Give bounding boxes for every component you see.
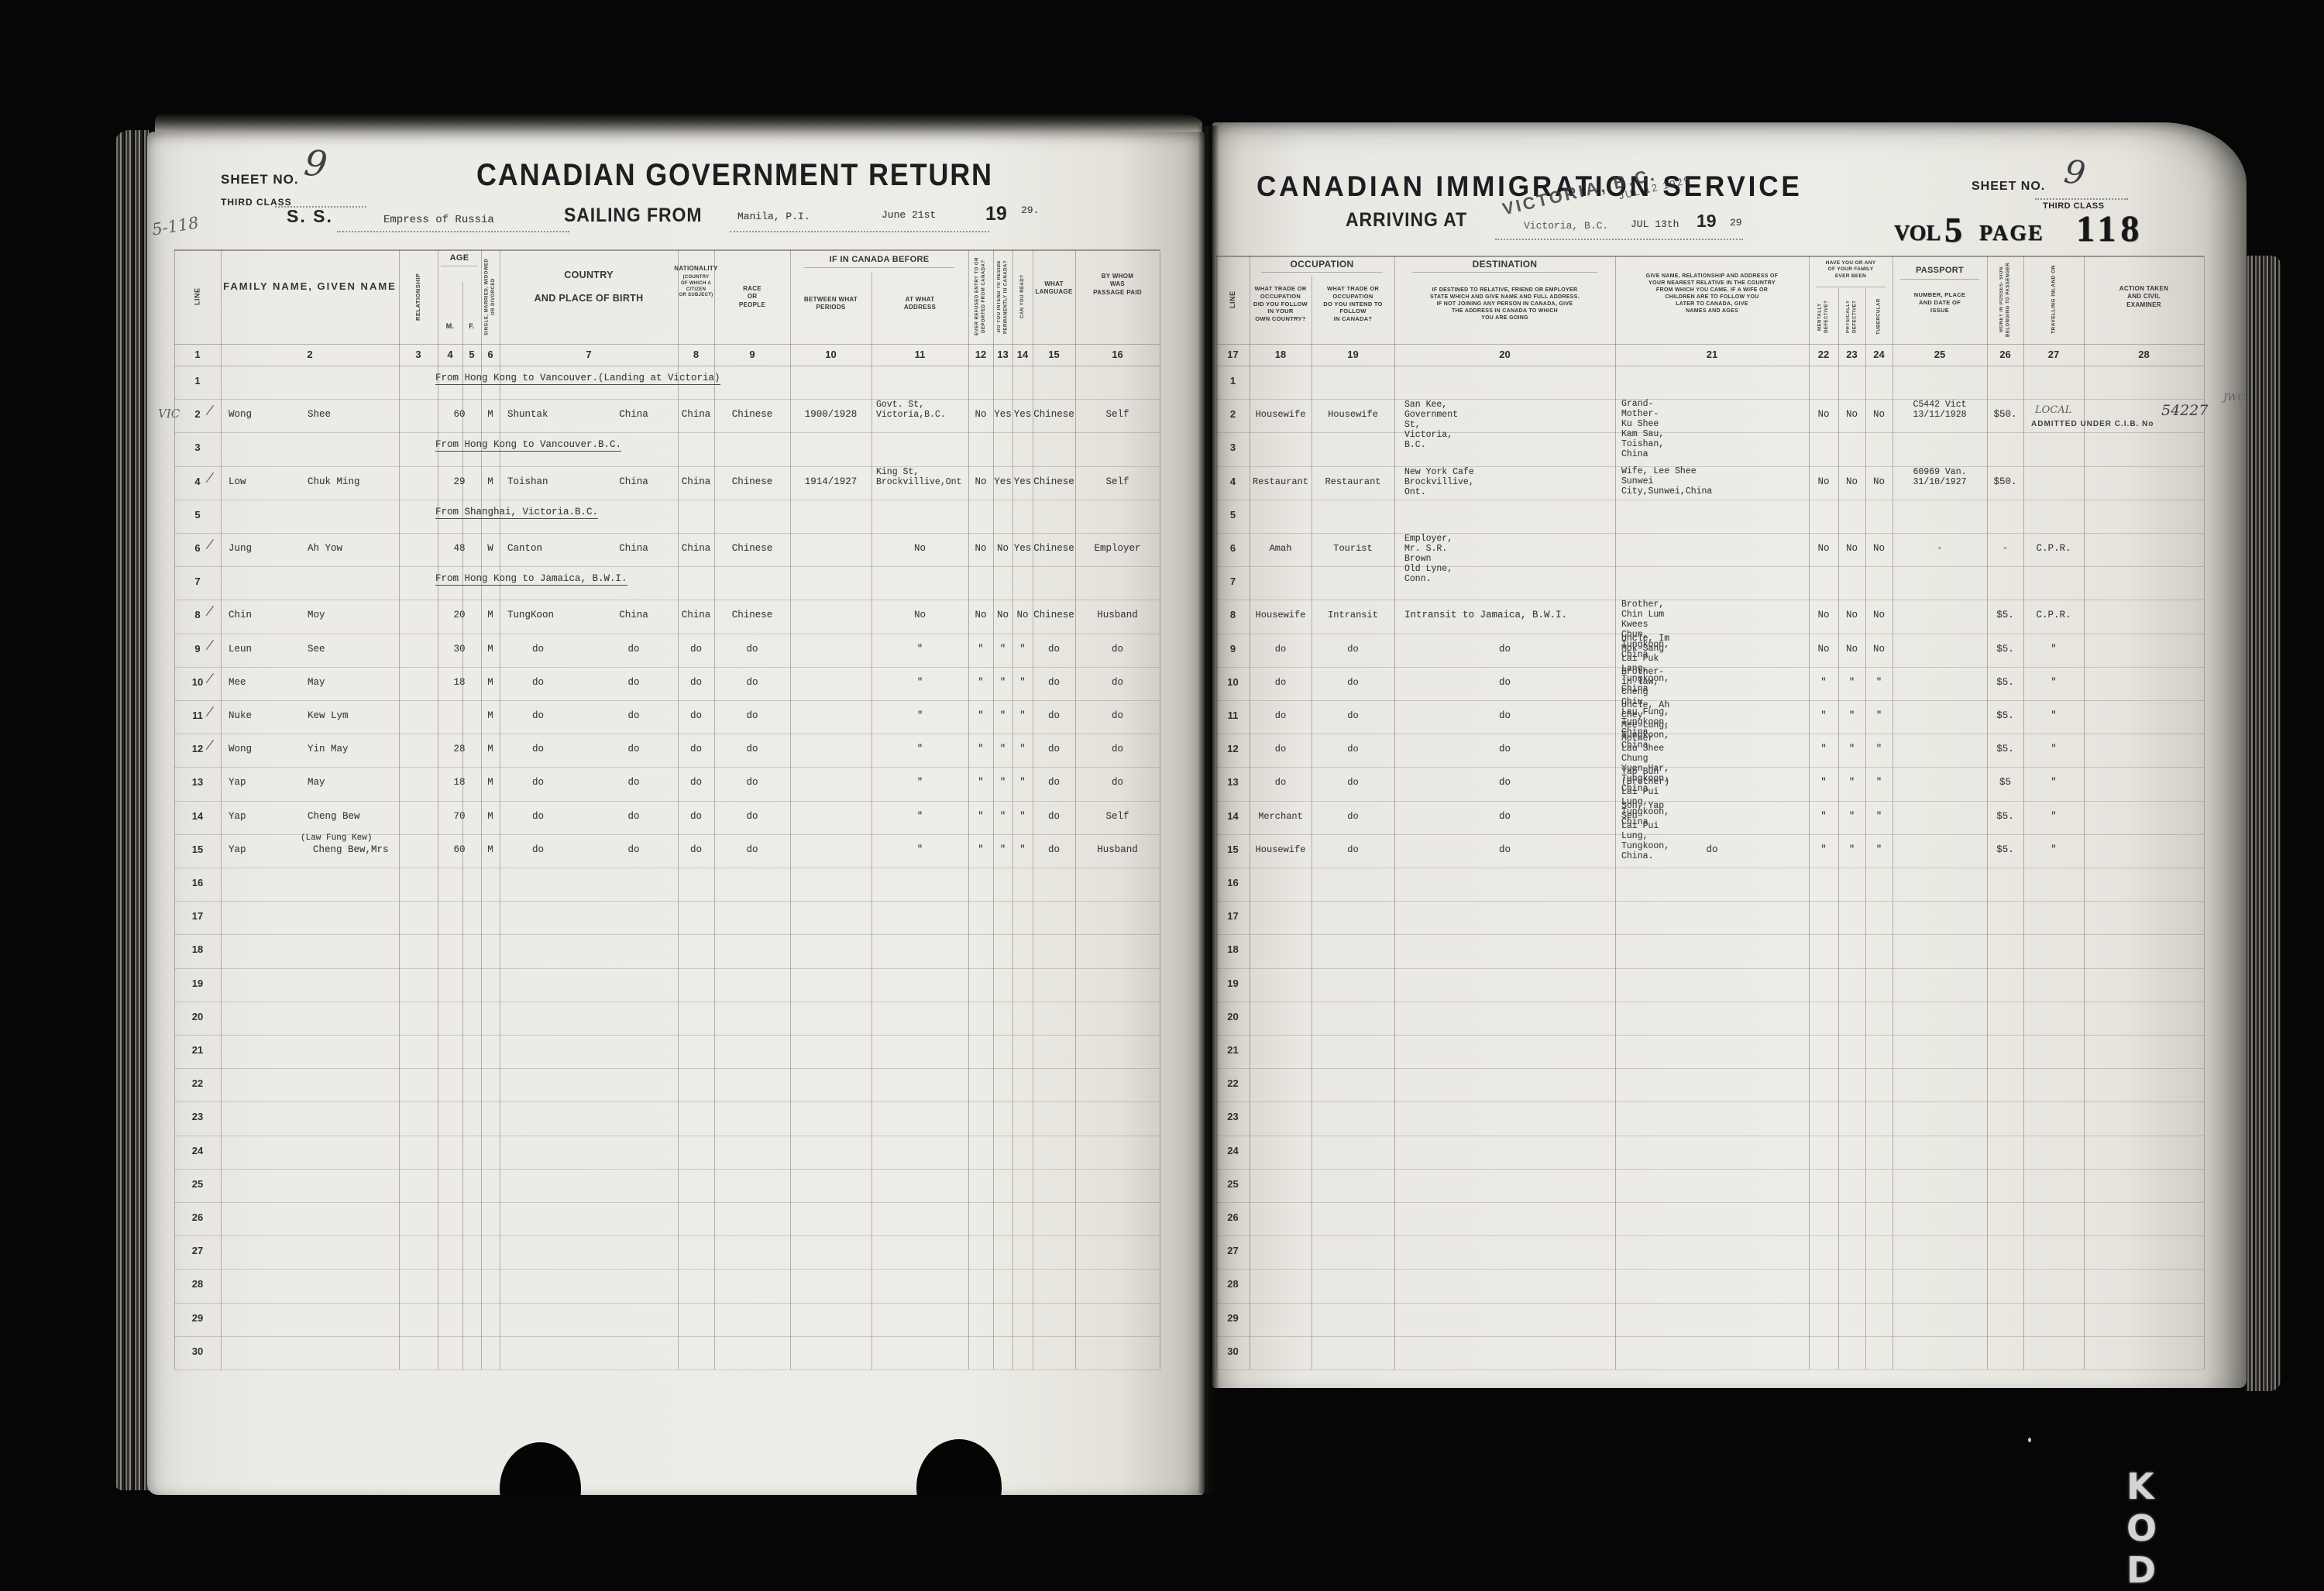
birth-place: Canton: [507, 543, 542, 554]
canada-address: ": [871, 677, 968, 688]
column-number: 5: [462, 349, 481, 360]
canada-address: ": [871, 744, 968, 754]
table-column-line: [1312, 276, 1312, 1369]
passage-paid-by: Husband: [1075, 844, 1160, 855]
age: 18: [438, 677, 481, 688]
marital-status: M: [481, 644, 500, 655]
money: $5.: [1987, 644, 2023, 655]
table-rule-top: [1216, 256, 2204, 257]
birth-country: do: [603, 811, 665, 822]
refused-entry: ": [968, 710, 993, 721]
travelling-inland-on: ": [2023, 811, 2084, 822]
language: Chinese: [1033, 476, 1075, 487]
sailing-date: June 21st: [882, 209, 936, 221]
table-row-line: [1216, 700, 2204, 701]
line-number: 17: [1216, 910, 1250, 922]
column-number: 3: [399, 349, 438, 360]
reside-permanently: Yes: [993, 476, 1012, 487]
money: $5.: [1987, 811, 2023, 822]
nationality: China: [678, 476, 714, 487]
line-number: 13: [174, 776, 221, 788]
language: do: [1033, 777, 1075, 788]
race: Chinese: [714, 610, 790, 620]
line-number: 3: [174, 442, 221, 453]
column-number: 27: [2023, 349, 2084, 360]
passage-paid-by: Self: [1075, 476, 1160, 487]
table-row-line: [1216, 734, 2204, 734]
line-number: 29: [174, 1312, 221, 1324]
can-read: ": [1012, 710, 1033, 721]
arrival-rule: [1495, 239, 1743, 240]
tubercular: ": [1865, 811, 1893, 822]
mentally-defective: No: [1809, 610, 1838, 620]
occupation-canada: do: [1312, 844, 1394, 855]
line-number: 12: [1216, 743, 1250, 754]
birth-country: China: [603, 409, 665, 420]
column-group-underline: [441, 266, 477, 266]
canada-address: ": [871, 777, 968, 788]
column-number: 17: [1216, 349, 1250, 360]
route-annotation: From Hong Kong to Vancouver.(Landing at …: [435, 373, 720, 385]
travelling-inland-on: ": [2023, 777, 2084, 788]
page-title: CANADIAN GOVERNMENT RETURN: [476, 158, 993, 193]
column-header: CAN YOU READ?: [1012, 254, 1033, 339]
physically-defective: ": [1838, 844, 1865, 855]
column-number: 10: [790, 349, 871, 360]
line-number: 11: [1216, 710, 1250, 721]
column-header: DO YOU INTEND TO RESIDE PERMANENTLY IN C…: [993, 254, 1012, 339]
year-printed: 19: [985, 203, 1007, 225]
line-number: 30: [1216, 1345, 1250, 1357]
column-group-label: OCCUPATION: [1245, 259, 1399, 271]
maiden-name-note: (Law Fung Kew): [301, 833, 372, 843]
race: do: [714, 777, 790, 788]
destination: New York Cafe Brockvillive, Ont.: [1404, 467, 1474, 497]
line-number: 30: [174, 1345, 221, 1357]
line-number: 21: [174, 1044, 221, 1056]
birth-country: do: [603, 710, 665, 721]
tubercular: ": [1865, 677, 1893, 688]
line-number: 22: [1216, 1077, 1250, 1089]
money: -: [1987, 543, 2023, 554]
physically-defective: ": [1838, 777, 1865, 788]
column-number: 22: [1809, 349, 1838, 360]
physically-defective: No: [1838, 644, 1865, 655]
birth-place: do: [532, 844, 544, 855]
column-group-label: IF IN CANADA BEFORE: [786, 254, 973, 265]
occupation-canada: Tourist: [1312, 543, 1394, 554]
nationality: China: [678, 610, 714, 620]
birth-place: do: [532, 710, 544, 721]
dust-speck: [2028, 1438, 2031, 1442]
line-number: 24: [1216, 1145, 1250, 1156]
column-number: 25: [1893, 349, 1987, 360]
page-stack-left: [115, 130, 149, 1490]
route-annotation: From Hong Kong to Vancouver.B.C.: [435, 439, 621, 452]
tubercular: ": [1865, 710, 1893, 721]
birth-place: do: [532, 811, 544, 822]
arriving-at-label: ARRIVING AT: [1346, 209, 1467, 232]
occupation-home: do: [1250, 677, 1312, 688]
table-column-line: [399, 249, 400, 1369]
nearest-relative: Wife, Lee Shee Sunwei City,Sunwei,China: [1621, 466, 1712, 497]
birth-country: China: [603, 610, 665, 620]
money: $5.: [1987, 710, 2023, 721]
language: Chinese: [1033, 610, 1075, 620]
column-number: 14: [1012, 349, 1033, 360]
ss-label: S. S.: [287, 206, 333, 227]
line-number: 7: [174, 576, 221, 587]
canada-address: ": [871, 644, 968, 655]
family-name: Yap: [229, 811, 246, 822]
page-number: 118: [2076, 208, 2144, 250]
reside-permanently: ": [993, 644, 1012, 655]
marital-status: M: [481, 610, 500, 620]
column-group-underline: [1816, 287, 1886, 287]
birth-place: do: [532, 744, 544, 754]
money: $5: [1987, 777, 2023, 788]
destination: do: [1394, 777, 1615, 788]
table-row-line: [1216, 934, 2204, 935]
column-number: 11: [871, 349, 968, 360]
column-header: EVER REFUSED ENTRY TO OR DEPORTED FROM C…: [968, 254, 993, 339]
physically-defective: ": [1838, 811, 1865, 822]
column-number: 8: [678, 349, 714, 360]
mentally-defective: No: [1809, 476, 1838, 487]
refused-entry: ": [968, 677, 993, 688]
table-row-line: [1216, 1002, 2204, 1002]
marital-status: M: [481, 811, 500, 822]
destination: do: [1394, 811, 1615, 822]
tubercular: No: [1865, 476, 1893, 487]
passage-paid-by: Husband: [1075, 610, 1160, 620]
line-number: 6: [1216, 542, 1250, 554]
line-number: 1: [174, 375, 221, 387]
refused-entry: No: [968, 476, 993, 487]
language: do: [1033, 677, 1075, 688]
column-number: 21: [1615, 349, 1809, 360]
sheet-no-rule: [2035, 198, 2128, 200]
nationality: China: [678, 409, 714, 420]
age: 28: [438, 744, 481, 754]
column-group-label: DESTINATION: [1390, 259, 1620, 271]
line-number: 26: [1216, 1211, 1250, 1223]
column-number: 15: [1033, 349, 1075, 360]
marital-status: M: [481, 409, 500, 420]
family-name: Yap: [229, 777, 246, 788]
race: Chinese: [714, 476, 790, 487]
sheet-no-value: 9: [2061, 152, 2088, 193]
birth-country: do: [603, 744, 665, 754]
race: Chinese: [714, 409, 790, 420]
line-number: 13: [1216, 776, 1250, 788]
column-group-underline: [804, 267, 954, 268]
sheet-no-label: SHEET NO.: [221, 172, 299, 187]
can-read: ": [1012, 777, 1033, 788]
travelling-inland-on: ": [2023, 644, 2084, 655]
language: do: [1033, 710, 1075, 721]
canada-periods: 1914/1927: [790, 476, 871, 487]
column-header: MENTALLY DEFECTIVE?: [1809, 294, 1838, 339]
year-typed: 29.: [1021, 204, 1039, 216]
nearest-relative: do: [1615, 844, 1809, 855]
money: $50.: [1987, 409, 2023, 420]
table-column-line: [500, 249, 500, 1369]
nationality: China: [678, 543, 714, 554]
cib-number: 54227: [2161, 402, 2208, 419]
family-name: Low: [229, 476, 246, 487]
column-header: TRAVELLING INLAND ON: [2023, 260, 2084, 339]
race: do: [714, 844, 790, 855]
race: do: [714, 710, 790, 721]
canada-address: ": [871, 844, 968, 855]
destination: do: [1394, 710, 1615, 721]
line-number: 29: [1216, 1312, 1250, 1324]
vol-value: 5: [1944, 209, 1962, 250]
line-number: 22: [174, 1077, 221, 1089]
table-column-line: [1893, 256, 1893, 1369]
table-row-line: [174, 1369, 1160, 1370]
birth-place: do: [532, 644, 544, 655]
table-row-line: [1216, 1169, 2204, 1170]
can-read: ": [1012, 677, 1033, 688]
passage-paid-by: do: [1075, 644, 1160, 655]
birth-country: China: [603, 543, 665, 554]
travelling-inland-on: ": [2023, 844, 2084, 855]
column-header: GIVE NAME, RELATIONSHIP AND ADDRESS OF Y…: [1607, 273, 1817, 315]
marital-status: M: [481, 844, 500, 855]
family-name: Wong: [229, 744, 252, 754]
race: do: [714, 677, 790, 688]
vol-label: VOL: [1894, 222, 1941, 246]
table-row-line: [1216, 1336, 2204, 1337]
line-number: 16: [174, 877, 221, 888]
canada-address: ": [871, 811, 968, 822]
column-number: 6: [481, 349, 500, 360]
mentally-defective: ": [1809, 777, 1838, 788]
line-number: 26: [174, 1211, 221, 1223]
sailing-port: Manila, P.I.: [737, 211, 810, 222]
line-number: 23: [1216, 1111, 1250, 1122]
occupation-home: do: [1250, 710, 1312, 721]
reside-permanently: ": [993, 677, 1012, 688]
destination: do: [1394, 844, 1615, 855]
birth-place: Toishan: [507, 476, 548, 487]
column-group-label: PASSPORT: [1888, 265, 1992, 276]
occupation-home: do: [1250, 777, 1312, 788]
sailing-from-label: SAILING FROM: [564, 204, 702, 227]
line-number: 2: [174, 408, 221, 420]
destination: Employer, Mr. S.R. Brown Old Lyne, Conn.: [1404, 534, 1452, 584]
occupation-home: Housewife: [1250, 409, 1312, 420]
age: 20: [438, 610, 481, 620]
family-name: Wong: [229, 409, 252, 420]
birth-place: do: [532, 777, 544, 788]
line-number: 6: [174, 542, 221, 554]
occupation-home: do: [1250, 744, 1312, 754]
margin-port-code: VIC: [158, 407, 180, 421]
table-column-line: [1838, 288, 1839, 1369]
refused-entry: ": [968, 844, 993, 855]
race: Chinese: [714, 543, 790, 554]
marital-status: W: [481, 543, 500, 554]
line-number: 17: [174, 910, 221, 922]
reside-permanently: No: [993, 543, 1012, 554]
can-read: ": [1012, 744, 1033, 754]
table-row-line: [1216, 801, 2204, 802]
line-number: 5: [174, 509, 221, 521]
occupation-canada: do: [1312, 744, 1394, 754]
can-read: ": [1012, 644, 1033, 655]
mentally-defective: ": [1809, 677, 1838, 688]
passage-paid-by: do: [1075, 677, 1160, 688]
travelling-inland-on: ": [2023, 744, 2084, 754]
given-name: Chuk Ming: [308, 476, 360, 487]
line-number: 10: [1216, 676, 1250, 688]
canada-address: Govt. St, Victoria,B.C.: [876, 400, 946, 420]
marital-status: M: [481, 777, 500, 788]
nationality: do: [678, 844, 714, 855]
occupation-home: Amah: [1250, 543, 1312, 554]
canada-periods: 1900/1928: [790, 409, 871, 420]
line-number: 19: [174, 978, 221, 989]
canada-address: No: [871, 543, 968, 554]
occupation-canada: Intransit: [1312, 610, 1394, 620]
passport: 60969 Van. 31/10/1927: [1893, 467, 1987, 487]
destination: San Kee, Government St, Victoria, B.C.: [1404, 400, 1458, 450]
birth-country: China: [603, 476, 665, 487]
line-number: 5: [1216, 509, 1250, 521]
age: 70: [438, 811, 481, 822]
left-page: 5-118 SHEET NO. 9 THIRD CLASS CANADIAN G…: [147, 132, 1205, 1495]
nationality: do: [678, 644, 714, 655]
given-name: Kew Lym: [308, 710, 349, 721]
reside-permanently: ": [993, 811, 1012, 822]
birth-country: do: [603, 677, 665, 688]
passport: C5442 Vict 13/11/1928: [1893, 400, 1987, 420]
year-printed: 19: [1697, 211, 1717, 232]
column-header: FAMILY NAME, GIVEN NAME: [213, 280, 407, 294]
table-column-line: [221, 249, 222, 1369]
column-number: 24: [1865, 349, 1893, 360]
passage-paid-by: do: [1075, 777, 1160, 788]
examiner-initials: JWC: [2223, 392, 2246, 404]
column-header: BY WHOM WAS PASSAGE PAID: [1067, 273, 1167, 297]
column-number: 26: [1987, 349, 2023, 360]
travelling-inland-on: ": [2023, 710, 2084, 721]
column-header: MONEY IN POSSES- SION BELONGING TO PASSE…: [1987, 260, 2023, 339]
table-row-line: [1216, 667, 2204, 668]
table-row-line: [1216, 634, 2204, 634]
table-row-line: [1216, 901, 2204, 902]
mentally-defective: ": [1809, 811, 1838, 822]
margin-note: 5-118: [150, 213, 200, 239]
occupation-home: Housewife: [1250, 844, 1312, 855]
line-number: 28: [1216, 1278, 1250, 1290]
occupation-canada: do: [1312, 811, 1394, 822]
sailing-rule: [730, 231, 989, 232]
reside-permanently: ": [993, 777, 1012, 788]
table-rule: [1216, 344, 2204, 345]
right-page: CANADIAN IMMIGRATION SERVICE SHEET NO. 9…: [1212, 122, 2247, 1388]
tubercular: ": [1865, 844, 1893, 855]
table-row-line: [1216, 600, 2204, 600]
line-number: 3: [1216, 442, 1250, 453]
column-number: 1: [174, 349, 221, 360]
can-read: ": [1012, 811, 1033, 822]
reside-permanently: No: [993, 610, 1012, 620]
refused-entry: No: [968, 543, 993, 554]
nationality: do: [678, 677, 714, 688]
column-header: PHYSICALLY DEFECTIVE?: [1838, 294, 1865, 339]
money: $5.: [1987, 610, 2023, 620]
sheet-no-value: 9: [302, 141, 330, 185]
column-number: 28: [2084, 349, 2204, 360]
can-read: ": [1012, 844, 1033, 855]
line-number: 4: [174, 476, 221, 487]
line-number: 20: [174, 1011, 221, 1022]
can-read: Yes: [1012, 543, 1033, 554]
age: 60: [438, 844, 481, 855]
column-group-underline: [1261, 272, 1383, 273]
destination: Intransit to Jamaica, B.W.I.: [1404, 610, 1567, 620]
column-group-label: AGE: [433, 253, 486, 263]
passage-paid-by: do: [1075, 744, 1160, 754]
tubercular: No: [1865, 409, 1893, 420]
page-label: PAGE: [1979, 222, 2044, 246]
language: do: [1033, 844, 1075, 855]
line-number: 14: [174, 810, 221, 822]
line-number: 10: [174, 676, 221, 688]
column-group-underline: [1412, 272, 1597, 273]
line-number: 11: [174, 710, 221, 721]
given-name: Yin May: [308, 744, 349, 754]
page-notch: [916, 1439, 1002, 1495]
travelling-inland-on: C.P.R.: [2023, 543, 2084, 554]
route-annotation: From Hong Kong to Jamaica, B.W.I.: [435, 573, 627, 586]
table-row-line: [1216, 868, 2204, 868]
age: 29: [438, 476, 481, 487]
occupation-home: Housewife: [1250, 610, 1312, 620]
refused-entry: No: [968, 610, 993, 620]
occupation-canada: do: [1312, 644, 1394, 655]
age: 30: [438, 644, 481, 655]
refused-entry: ": [968, 811, 993, 822]
column-number: 12: [968, 349, 993, 360]
marital-status: M: [481, 677, 500, 688]
passport: -: [1893, 543, 1987, 554]
line-number: 7: [1216, 576, 1250, 587]
age: 60: [438, 409, 481, 420]
line-number: 25: [1216, 1178, 1250, 1190]
given-name: May: [308, 677, 325, 688]
physically-defective: ": [1838, 710, 1865, 721]
table-row-line: [1216, 1068, 2204, 1069]
ship-name: Empress of Russia: [383, 214, 494, 226]
line-number: 12: [174, 743, 221, 754]
line-number: 18: [1216, 943, 1250, 955]
tubercular: No: [1865, 543, 1893, 554]
table-row-line: [1216, 1035, 2204, 1036]
mentally-defective: ": [1809, 844, 1838, 855]
admitted-stamp: ADMITTED UNDER C.I.B. No: [2031, 420, 2154, 428]
canada-address: ": [871, 710, 968, 721]
line-number: 8: [1216, 609, 1250, 620]
reside-permanently: ": [993, 710, 1012, 721]
family-name: Chin: [229, 610, 252, 620]
table-rule: [1216, 366, 2204, 366]
given-name: Cheng Bew: [308, 811, 360, 822]
